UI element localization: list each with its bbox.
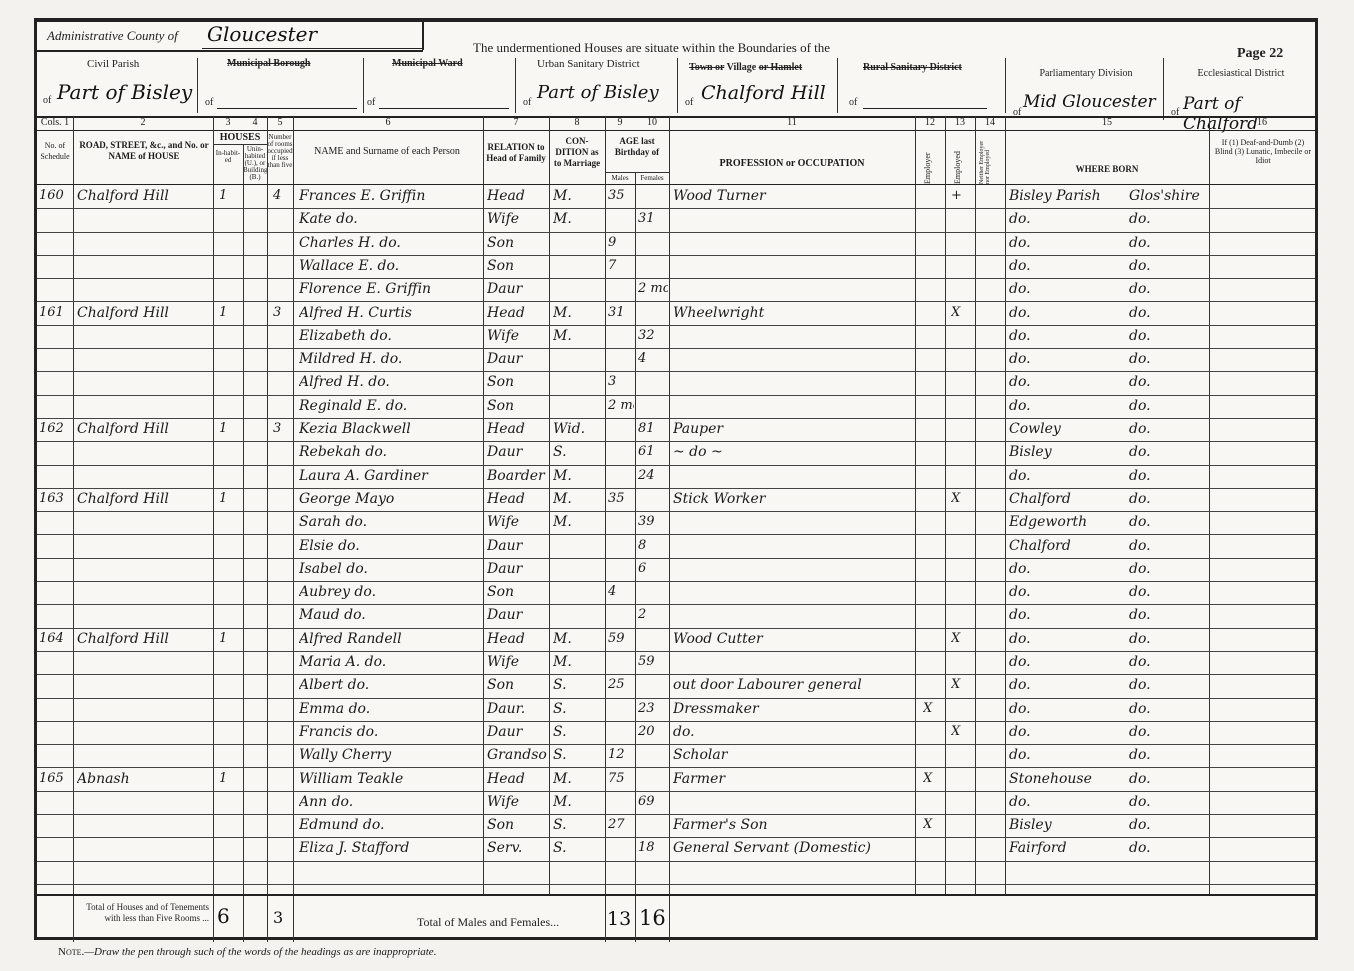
person-name: Charles H. do.: [299, 235, 481, 251]
age-female: 6: [638, 561, 668, 576]
inhabited-count: 1: [219, 771, 239, 786]
condition: S.: [553, 444, 603, 460]
employer-mark: X: [923, 771, 943, 786]
col-num-8: 8: [549, 117, 605, 128]
row-rule: [37, 884, 1315, 885]
birthplace: Chalford: [1009, 491, 1119, 507]
road-name: Chalford Hill: [77, 421, 211, 437]
occupation: Wheelwright: [673, 305, 913, 321]
parliamentary-value: Mid Gloucester: [1023, 92, 1156, 112]
person-name: Eliza J. Stafford: [299, 840, 481, 856]
birthplace: do.: [1009, 747, 1119, 763]
col-num-11: 11: [669, 117, 915, 128]
ecclesiastical-label: Ecclesiastical District: [1181, 68, 1301, 79]
condition: M.: [553, 514, 603, 530]
col-num-5: 5: [267, 117, 293, 128]
occupation: do.: [673, 724, 913, 740]
age-female: 2: [638, 607, 668, 622]
age-female: 69: [638, 794, 668, 809]
birth-county: do.: [1129, 444, 1207, 460]
table-row: [37, 862, 1315, 885]
age-female: 24: [638, 468, 668, 483]
of-prefix: of: [43, 95, 51, 106]
age-female: 4: [638, 351, 668, 366]
birthplace: Bisley: [1009, 817, 1119, 833]
person-name: Frances E. Griffin: [299, 188, 481, 204]
col-header-schedule: No. of Schedule: [37, 140, 73, 162]
age-female: 59: [638, 654, 668, 669]
occupation: out door Labourer general: [673, 677, 913, 693]
condition: M.: [553, 654, 603, 670]
table-row: Emma do.Daur.S.23DressmakerXdo.do.: [37, 699, 1315, 722]
occupation: Farmer's Son: [673, 817, 913, 833]
schedule-number: 160: [39, 188, 71, 203]
birth-county: do.: [1129, 468, 1207, 484]
rooms-count: 3: [273, 421, 291, 436]
age-male: 25: [608, 677, 634, 692]
village-label: Town or Village or Hamlet: [689, 62, 802, 73]
col-num-6: 6: [293, 117, 483, 128]
age-male: 9: [608, 235, 634, 250]
age-female: 61: [638, 444, 668, 459]
col-header-inhabited: In-habit-ed: [213, 150, 243, 164]
person-name: Ann do.: [299, 794, 481, 810]
person-name: Laura A. Gardiner: [299, 468, 481, 484]
person-name: Maria A. do.: [299, 654, 481, 670]
col-header-relation: RELATION to Head of Family: [483, 142, 549, 164]
age-male: 7: [608, 258, 634, 273]
birth-county: do.: [1129, 514, 1207, 530]
person-name: Rebekah do.: [299, 444, 481, 460]
hamlet-label-struck: or Hamlet: [759, 62, 802, 73]
relation: Daur: [487, 607, 547, 623]
road-name: Abnash: [77, 771, 211, 787]
person-name: Wally Cherry: [299, 747, 481, 763]
birth-county: do.: [1129, 631, 1207, 647]
birth-county: do.: [1129, 305, 1207, 321]
inhabited-count: 1: [219, 631, 239, 646]
occupation: Stick Worker: [673, 491, 913, 507]
age-male: 4: [608, 584, 634, 599]
birthplace: do.: [1009, 631, 1119, 647]
relation: Son: [487, 235, 547, 251]
birthplace: do.: [1009, 561, 1119, 577]
employer-mark: X: [923, 701, 943, 716]
birth-county: do.: [1129, 328, 1207, 344]
table-row: Rebekah do.DaurS.61~ do ~Bisleydo.: [37, 442, 1315, 465]
occupation: Wood Turner: [673, 188, 913, 204]
table-row: Kate do.WifeM.31do.do.: [37, 209, 1315, 232]
col-num-3: 3: [213, 117, 243, 128]
of-prefix: of: [205, 97, 213, 108]
occupation: ~ do ~: [673, 444, 913, 460]
table-row: 163Chalford Hill1George MayoHeadM.35Stic…: [37, 489, 1315, 512]
person-name: Isabel do.: [299, 561, 481, 577]
schedule-number: 165: [39, 771, 71, 786]
occupation: Pauper: [673, 421, 913, 437]
table-row: 165Abnash1William TeakleHeadM.75FarmerXS…: [37, 769, 1315, 792]
condition: S.: [553, 677, 603, 693]
age-female: 20: [638, 724, 668, 739]
birthplace: do.: [1009, 584, 1119, 600]
schedule-number: 163: [39, 491, 71, 506]
table-row: 161Chalford Hill13Alfred H. CurtisHeadM.…: [37, 303, 1315, 326]
occupation: Dressmaker: [673, 701, 913, 717]
females-total: 16: [639, 906, 666, 930]
person-name: Alfred H. do.: [299, 374, 481, 390]
birthplace: do.: [1009, 281, 1119, 297]
relation: Head: [487, 631, 547, 647]
relation: Head: [487, 305, 547, 321]
table-row: Francis do.DaurS.20do.Xdo.do.: [37, 722, 1315, 745]
person-name: George Mayo: [299, 491, 481, 507]
relation: Wife: [487, 794, 547, 810]
col-header-age: AGE last Birthday of: [605, 136, 669, 158]
age-male: 3: [608, 374, 634, 389]
birth-county: Glos'shire: [1129, 188, 1207, 204]
town-label-struck: Town or: [689, 62, 724, 73]
birth-county: do.: [1129, 281, 1207, 297]
condition: Wid.: [553, 421, 603, 437]
table-row: Aubrey do.Son4do.do.: [37, 582, 1315, 605]
age-male: 35: [608, 188, 634, 203]
parliamentary-label: Parliamentary Division: [1021, 68, 1151, 79]
condition: S.: [553, 817, 603, 833]
col-header-road: ROAD, STREET, &c., and No. or NAME of HO…: [77, 140, 211, 162]
road-name: Chalford Hill: [77, 631, 211, 647]
col-num-16: 16: [1209, 117, 1315, 128]
person-name: Elsie do.: [299, 538, 481, 554]
age-female: 31: [638, 211, 668, 226]
birthplace: do.: [1009, 374, 1119, 390]
table-row: Charles H. do.Son9do.do.: [37, 233, 1315, 256]
relation: Daur: [487, 538, 547, 554]
relation: Head: [487, 421, 547, 437]
inhabited-count: 1: [219, 188, 239, 203]
birthplace: do.: [1009, 351, 1119, 367]
birthplace: do.: [1009, 328, 1119, 344]
village-value: Chalford Hill: [701, 82, 826, 104]
table-row: Wallace E. do.Son7do.do.: [37, 256, 1315, 279]
employed-mark: X: [951, 724, 971, 739]
relation: Daur.: [487, 701, 547, 717]
relation: Son: [487, 258, 547, 274]
age-male: 35: [608, 491, 634, 506]
person-name: Edmund do.: [299, 817, 481, 833]
table-row: Elsie do.Daur8Chalforddo.: [37, 536, 1315, 559]
col-header-where-born: WHERE BORN: [1005, 164, 1209, 175]
age-female: 8: [638, 538, 668, 553]
birth-county: do.: [1129, 235, 1207, 251]
condition: S.: [553, 840, 603, 856]
relation: Daur: [487, 444, 547, 460]
urban-sanitary-label: Urban Sanitary District: [537, 58, 640, 70]
occupation: Scholar: [673, 747, 913, 763]
employed-mark: X: [951, 305, 971, 320]
relation: Boarder: [487, 468, 547, 484]
relation: Wife: [487, 514, 547, 530]
birth-county: do.: [1129, 817, 1207, 833]
tenements-total: 3: [273, 908, 283, 927]
footer-note: Note.—Draw the pen through such of the w…: [58, 946, 436, 958]
occupation: Wood Cutter: [673, 631, 913, 647]
admin-county-value: Gloucester: [207, 22, 317, 46]
rooms-count: 3: [273, 305, 291, 320]
condition: M.: [553, 328, 603, 344]
of-prefix: of: [849, 97, 857, 108]
age-male: 12: [608, 747, 634, 762]
inhabited-count: 1: [219, 421, 239, 436]
birthplace: Stonehouse: [1009, 771, 1119, 787]
road-name: Chalford Hill: [77, 188, 211, 204]
age-female: 18: [638, 840, 668, 855]
birth-county: do.: [1129, 561, 1207, 577]
employed-mark: X: [951, 491, 971, 506]
table-row: Maria A. do.WifeM.59do.do.: [37, 652, 1315, 675]
note-label: Note.: [58, 946, 84, 958]
condition: M.: [553, 794, 603, 810]
col-header-condition: CON-DITION as to Marriage: [551, 136, 603, 169]
col-num-12: 12: [915, 117, 945, 128]
birth-county: do.: [1129, 677, 1207, 693]
relation: Head: [487, 771, 547, 787]
age-female: 39: [638, 514, 668, 529]
relation: Daur: [487, 281, 547, 297]
civil-parish-value: Part of Bisley: [57, 80, 192, 104]
birth-county: do.: [1129, 421, 1207, 437]
table-row: 162Chalford Hill13Kezia BlackwellHeadWid…: [37, 419, 1315, 442]
person-name: Alfred Randell: [299, 631, 481, 647]
birthplace: do.: [1009, 724, 1119, 740]
birthplace: Chalford: [1009, 538, 1119, 554]
person-name: Aubrey do.: [299, 584, 481, 600]
person-name: Alfred H. Curtis: [299, 305, 481, 321]
col-header-occupation: PROFESSION or OCCUPATION: [677, 158, 907, 169]
birthplace: do.: [1009, 398, 1119, 414]
males-total: 13: [607, 908, 631, 930]
table-row: Alfred H. do.Son3do.do.: [37, 372, 1315, 395]
relation: Son: [487, 398, 547, 414]
village-label-text: Village: [727, 62, 757, 73]
inhabited-count: 1: [219, 491, 239, 506]
relation: Wife: [487, 211, 547, 227]
relation: Son: [487, 817, 547, 833]
col-header-name: NAME and Surname of each Person: [307, 146, 467, 157]
table-row: Ann do.WifeM.69do.do.: [37, 792, 1315, 815]
col-num-15: 15: [1005, 117, 1209, 128]
condition: M.: [553, 771, 603, 787]
birthplace: do.: [1009, 305, 1119, 321]
age-female: 32: [638, 328, 668, 343]
page-number: Page 22: [1237, 46, 1283, 62]
houses-total-label: Total of Houses and of Tenements with le…: [75, 902, 209, 924]
age-male: 31: [608, 305, 634, 320]
col-num-1: Cols. 1: [37, 117, 73, 128]
persons-total-label: Total of Males and Females...: [417, 915, 559, 930]
birth-county: do.: [1129, 771, 1207, 787]
employed-mark: +: [951, 188, 971, 203]
person-name: Elizabeth do.: [299, 328, 481, 344]
table-row: 160Chalford Hill14Frances E. GriffinHead…: [37, 186, 1315, 209]
col-header-employer: Employer: [923, 134, 932, 184]
ecclesiastical-value: Part of Chalford: [1183, 94, 1315, 134]
person-name: Mildred H. do.: [299, 351, 481, 367]
person-name: Kate do.: [299, 211, 481, 227]
admin-county-label: Administrative County of: [47, 28, 178, 44]
table-row: Elizabeth do.WifeM.32do.do.: [37, 326, 1315, 349]
col-num-2: 2: [73, 117, 213, 128]
condition: M.: [553, 631, 603, 647]
birth-county: do.: [1129, 747, 1207, 763]
relation: Head: [487, 491, 547, 507]
relation: Son: [487, 584, 547, 600]
col-header-employed: Employed: [953, 134, 962, 184]
birthplace: do.: [1009, 794, 1119, 810]
of-prefix: of: [685, 97, 693, 108]
age-female: 81: [638, 421, 668, 436]
person-name: Maud do.: [299, 607, 481, 623]
col-header-infirmity: If (1) Deaf-and-Dumb (2) Blind (3) Lunat…: [1213, 138, 1313, 165]
condition: S.: [553, 701, 603, 717]
col-num-13: 13: [945, 117, 975, 128]
employed-mark: X: [951, 677, 971, 692]
relation: Daur: [487, 724, 547, 740]
table-row: Sarah do.WifeM.39Edgeworthdo.: [37, 512, 1315, 535]
birthplace: do.: [1009, 468, 1119, 484]
table-row: Wally CherryGrandsonS.12Scholardo.do.: [37, 745, 1315, 768]
employer-mark: X: [923, 817, 943, 832]
intro-text: The undermentioned Houses are situate wi…: [473, 40, 830, 56]
birthplace: do.: [1009, 677, 1119, 693]
birth-county: do.: [1129, 724, 1207, 740]
birth-county: do.: [1129, 538, 1207, 554]
birthplace: Edgeworth: [1009, 514, 1119, 530]
condition: S.: [553, 747, 603, 763]
table-row: Isabel do.Daur6do.do.: [37, 559, 1315, 582]
table-row: Laura A. GardinerBoarderM.24do.do.: [37, 466, 1315, 489]
relation: Wife: [487, 328, 547, 344]
table-row: Maud do.Daur2do.do.: [37, 605, 1315, 628]
relation: Son: [487, 374, 547, 390]
of-prefix: of: [367, 97, 375, 108]
birthplace: do.: [1009, 607, 1119, 623]
condition: S.: [553, 724, 603, 740]
person-name: Florence E. Griffin: [299, 281, 481, 297]
table-row: Reginald E. do.Son2 modo.do.: [37, 396, 1315, 419]
person-name: William Teakle: [299, 771, 481, 787]
col-num-7: 7: [483, 117, 549, 128]
age-male: 59: [608, 631, 634, 646]
note-text: —Draw the pen through such of the words …: [84, 946, 436, 958]
person-name: Sarah do.: [299, 514, 481, 530]
birth-county: do.: [1129, 607, 1207, 623]
occupation: Farmer: [673, 771, 913, 787]
condition: M.: [553, 491, 603, 507]
condition: M.: [553, 468, 603, 484]
col-num-4: 4: [243, 117, 267, 128]
age-male: 2 mo: [608, 398, 634, 413]
inhabited-count: 1: [219, 305, 239, 320]
birth-county: do.: [1129, 258, 1207, 274]
relation: Daur: [487, 561, 547, 577]
birth-county: do.: [1129, 491, 1207, 507]
birth-county: do.: [1129, 794, 1207, 810]
relation: Son: [487, 677, 547, 693]
table-row: Albert do.SonS.25out door Labourer gener…: [37, 675, 1315, 698]
age-female: 2 mo: [638, 281, 668, 296]
civil-parish-label: Civil Parish: [87, 58, 139, 70]
col-num-10: 10: [635, 117, 669, 128]
birth-county: do.: [1129, 351, 1207, 367]
schedule-number: 162: [39, 421, 71, 436]
rural-sanitary-label: Rural Sanitary District: [863, 62, 962, 73]
col-header-females: Females: [635, 175, 669, 182]
person-name: Francis do.: [299, 724, 481, 740]
birth-county: do.: [1129, 701, 1207, 717]
birth-county: do.: [1129, 211, 1207, 227]
relation: Serv.: [487, 840, 547, 856]
municipal-ward-label: Municipal Ward: [392, 58, 463, 69]
birthplace: do.: [1009, 211, 1119, 227]
census-sheet: Administrative County of Gloucester The …: [34, 18, 1318, 940]
condition: M.: [553, 211, 603, 227]
table-row: Edmund do.SonS.27Farmer's SonXBisleydo.: [37, 815, 1315, 838]
schedule-number: 164: [39, 631, 71, 646]
relation: Daur: [487, 351, 547, 367]
col-header-houses: HOUSES: [213, 132, 267, 143]
col-num-9: 9: [605, 117, 635, 128]
col-header-rooms: Number of rooms occupied if less than fi…: [267, 134, 293, 169]
rooms-count: 4: [273, 188, 291, 203]
table-row: Mildred H. do.Daur4do.do.: [37, 349, 1315, 372]
of-prefix: of: [523, 97, 531, 108]
birthplace: Bisley: [1009, 444, 1119, 460]
birthplace: do.: [1009, 654, 1119, 670]
birthplace: Fairford: [1009, 840, 1119, 856]
person-name: Emma do.: [299, 701, 481, 717]
person-name: Reginald E. do.: [299, 398, 481, 414]
birth-county: do.: [1129, 584, 1207, 600]
age-male: 27: [608, 817, 634, 832]
relation: Wife: [487, 654, 547, 670]
occupation: General Servant (Domestic): [673, 840, 913, 856]
age-male: 75: [608, 771, 634, 786]
urban-sanitary-value: Part of Bisley: [537, 82, 659, 103]
table-row: Florence E. GriffinDaur2 modo.do.: [37, 279, 1315, 302]
col-header-males: Males: [605, 175, 635, 182]
employed-mark: X: [951, 631, 971, 646]
birthplace: Cowley: [1009, 421, 1119, 437]
birthplace: do.: [1009, 235, 1119, 251]
birth-county: do.: [1129, 398, 1207, 414]
age-female: 23: [638, 701, 668, 716]
condition: M.: [553, 188, 603, 204]
birth-county: do.: [1129, 374, 1207, 390]
birth-county: do.: [1129, 840, 1207, 856]
table-row: 164Chalford Hill1Alfred RandellHeadM.59W…: [37, 629, 1315, 652]
road-name: Chalford Hill: [77, 305, 211, 321]
relation: Grandson: [487, 747, 547, 763]
birth-county: do.: [1129, 654, 1207, 670]
person-name: Kezia Blackwell: [299, 421, 481, 437]
relation: Head: [487, 188, 547, 204]
road-name: Chalford Hill: [77, 491, 211, 507]
condition: M.: [553, 305, 603, 321]
table-row: Eliza J. StaffordServ.S.18General Servan…: [37, 838, 1315, 861]
person-name: Albert do.: [299, 677, 481, 693]
birthplace: Bisley Parish: [1009, 188, 1119, 204]
col-header-uninhabited: Unin-habited (U.), or Building (B.): [243, 146, 267, 181]
